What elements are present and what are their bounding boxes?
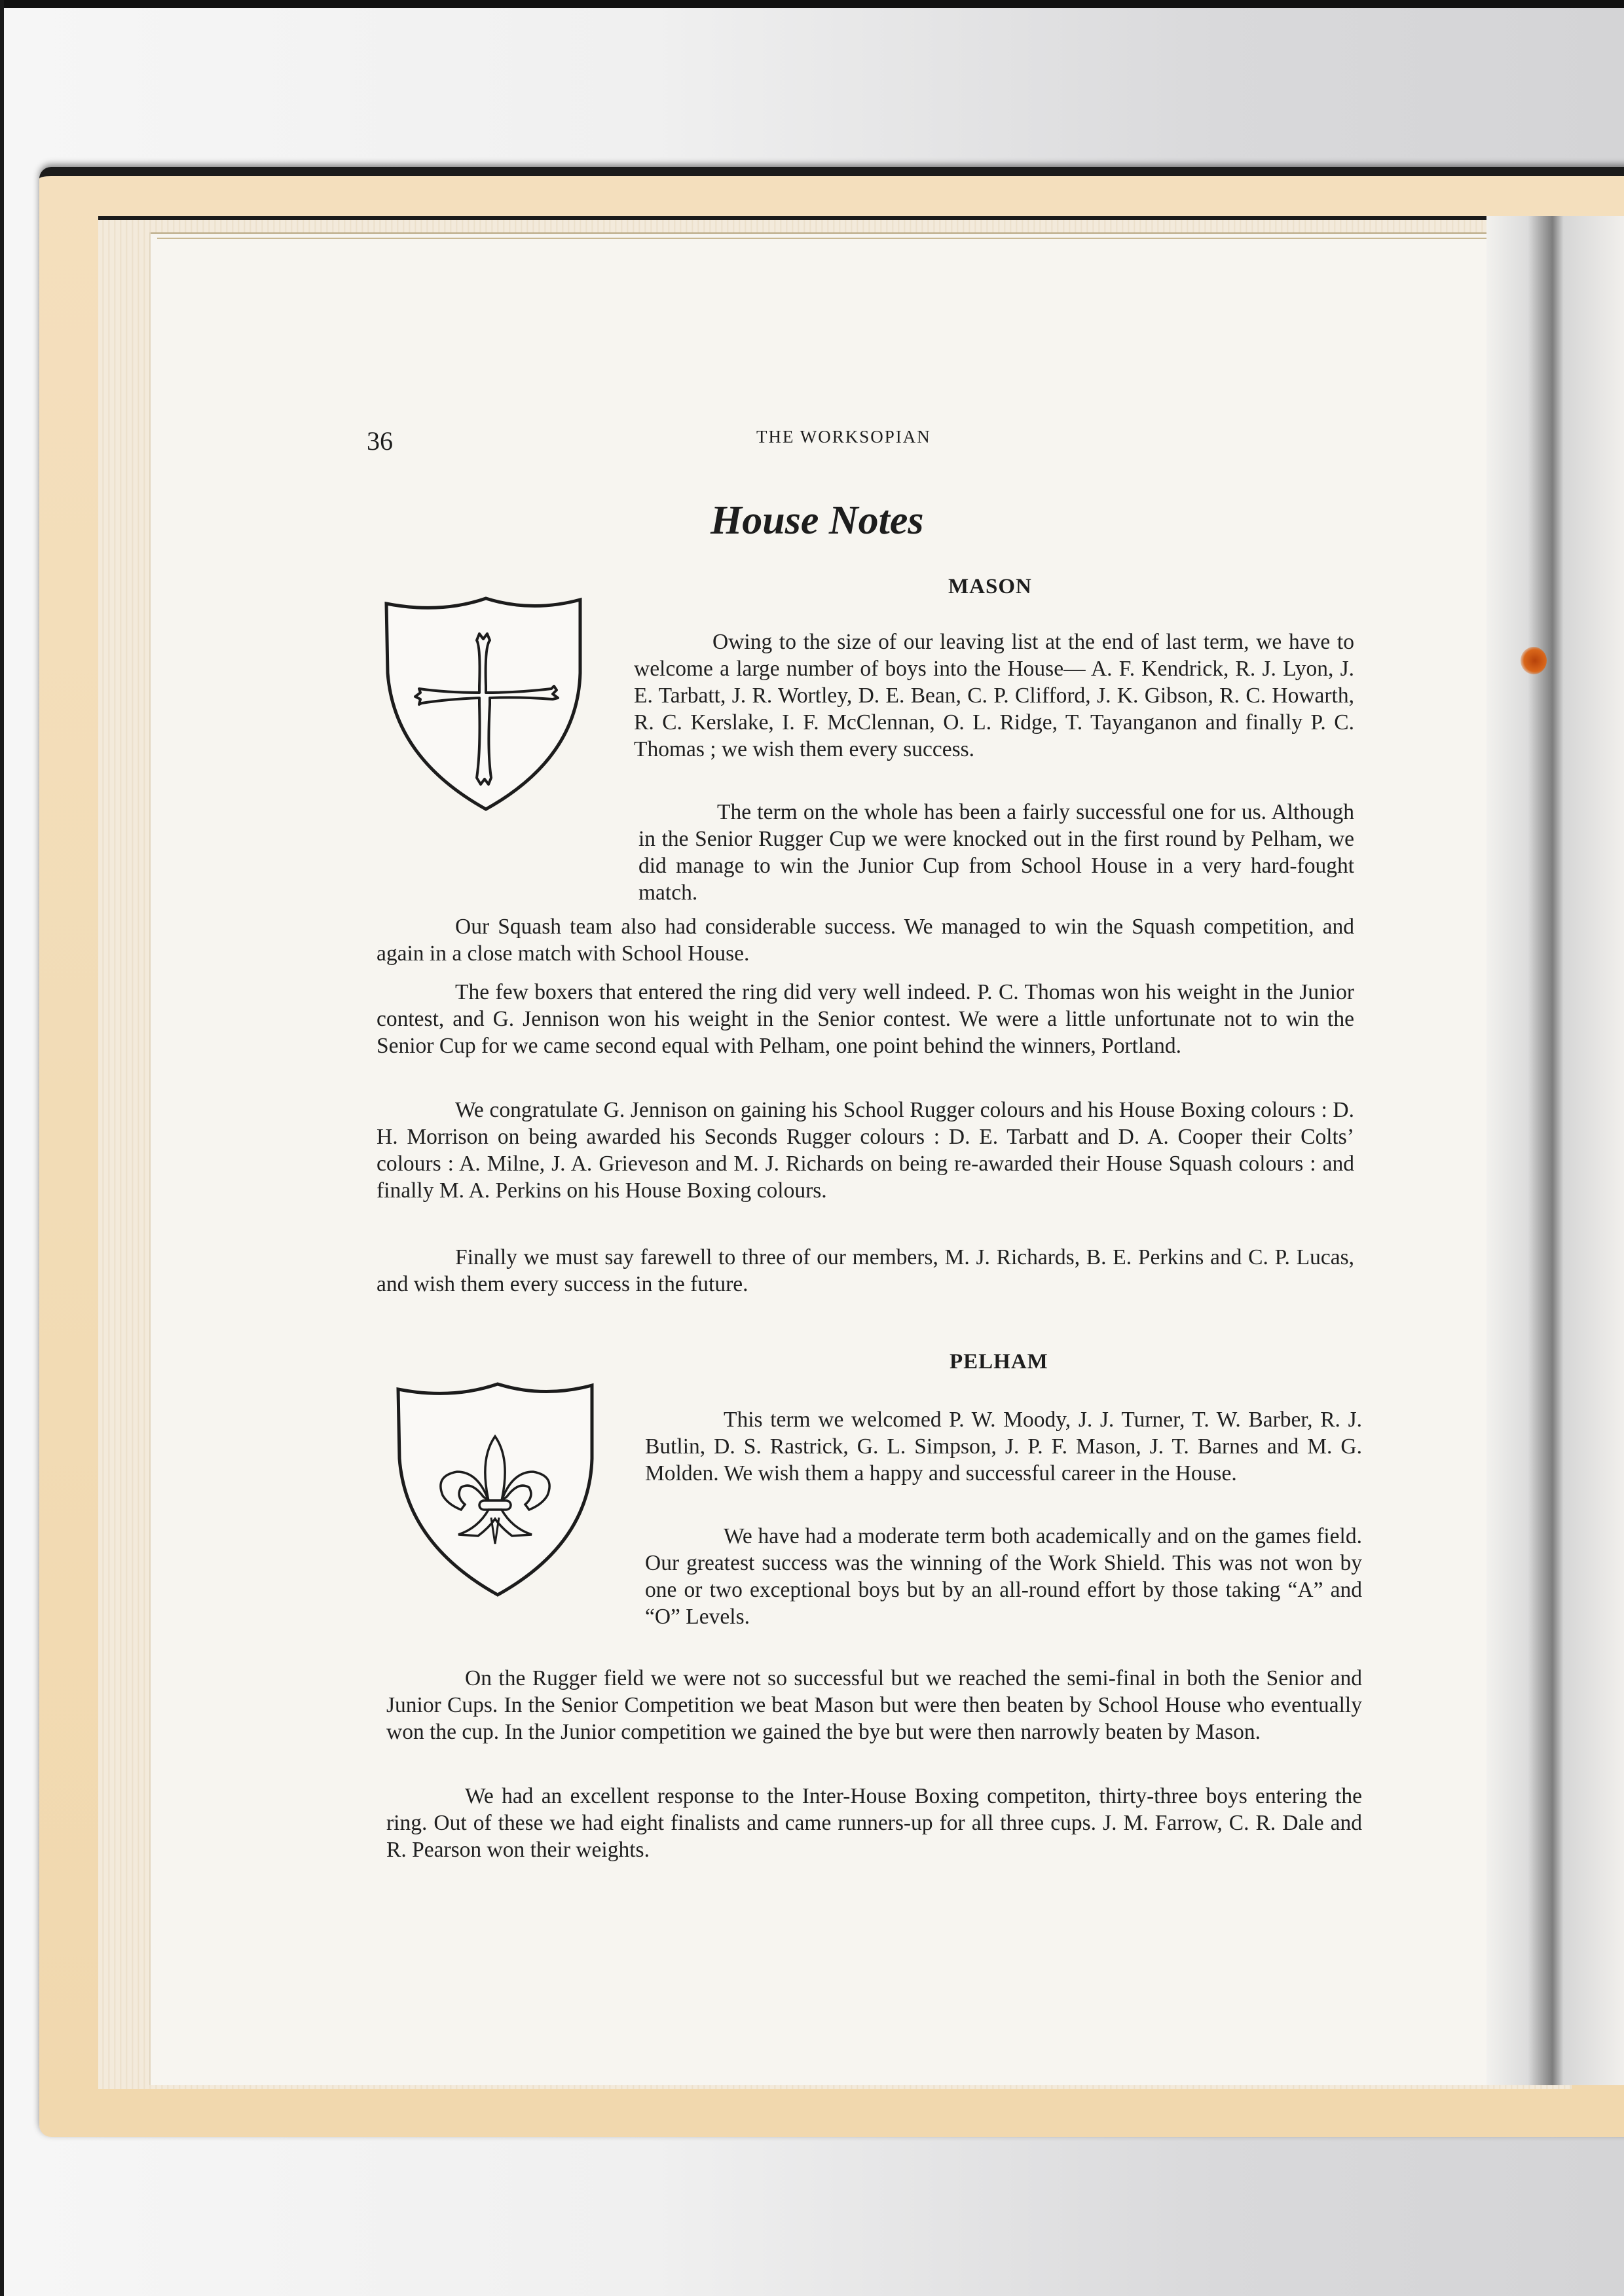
paragraph-wrap: The term on the whole has been a fairly …	[377, 799, 1354, 906]
paragraph: This term we welcomed P. W. Moody, J. J.…	[645, 1406, 1362, 1487]
paragraph: Finally we must say farewell to three of…	[377, 1244, 1354, 1298]
paragraph: The few boxers that entered the ring did…	[377, 979, 1354, 1059]
paragraph: We have had a moderate term both academi…	[645, 1523, 1362, 1630]
page-number: 36	[367, 426, 393, 456]
paragraph: We had an excellent response to the Inte…	[386, 1783, 1362, 1863]
paragraph: We congratulate G. Jennison on gaining h…	[377, 1097, 1354, 1204]
paragraph: The term on the whole has been a fairly …	[377, 799, 1354, 906]
paragraph: Our Squash team also had considerable su…	[377, 913, 1354, 967]
running-head: THE WORKSOPIAN	[756, 427, 931, 447]
house-heading-mason: MASON	[948, 575, 1032, 599]
fleur-de-lis-icon	[393, 1380, 597, 1600]
cross-flory-icon	[381, 594, 585, 814]
paragraph: Owing to the size of our leaving list at…	[634, 629, 1354, 763]
page-content: 36 THE WORKSOPIAN House Notes MASON Owin…	[0, 0, 1624, 2296]
page-title: House Notes	[710, 498, 924, 544]
house-heading-pelham: PELHAM	[950, 1350, 1048, 1374]
paragraph: On the Rugger field we were not so succe…	[386, 1665, 1362, 1745]
